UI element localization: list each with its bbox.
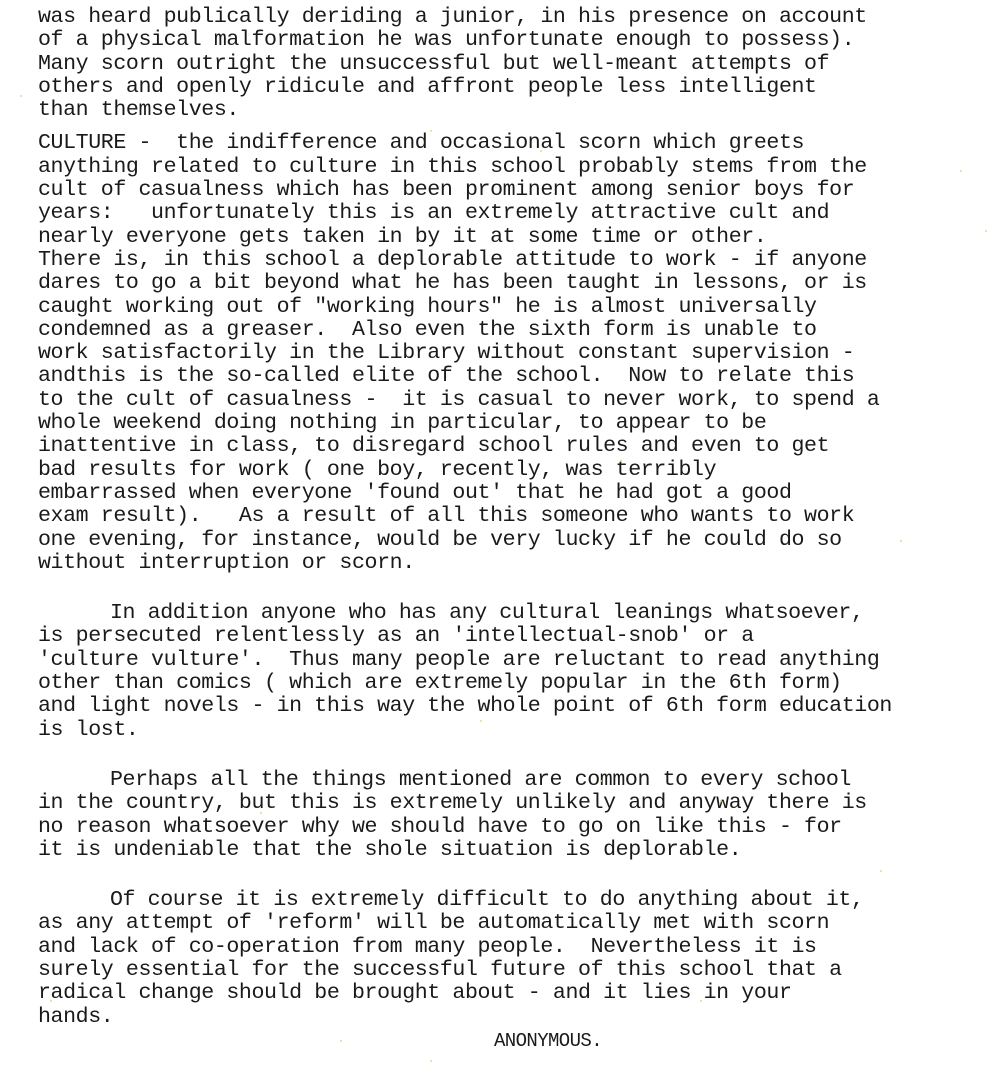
text-line: of a physical malformation he was unfort…	[38, 29, 998, 52]
text-line: is lost.	[38, 719, 998, 742]
text-line: work satisfactorily in the Library witho…	[38, 342, 998, 365]
text-line: years: unfortunately this is an extremel…	[38, 202, 998, 225]
text-line: exam result). As a result of all this so…	[38, 505, 998, 528]
text-line: bad results for work ( one boy, recently…	[38, 459, 998, 482]
text-line: 'culture vulture'. Thus many people are …	[38, 649, 998, 672]
text-line: Of course it is extremely difficult to d…	[38, 889, 998, 912]
text-line: was heard publically deriding a junior, …	[38, 6, 998, 29]
text-line: CULTURE - the indifference and occasiona…	[38, 132, 998, 155]
text-line: dares to go a bit beyond what he has bee…	[38, 272, 998, 295]
text-line: radical change should be brought about -…	[38, 982, 998, 1005]
text-line: it is undeniable that the shole situatio…	[38, 839, 998, 862]
text-line: other than comics ( which are extremely …	[38, 672, 998, 695]
text-line: surely essential for the successful futu…	[38, 959, 998, 982]
paragraph-culture: CULTURE - the indifference and occasiona…	[38, 132, 998, 575]
signature: ANONYMOUS.	[494, 1030, 602, 1052]
text-line: In addition anyone who has any cultural …	[38, 602, 998, 625]
text-line: than themselves.	[38, 99, 998, 122]
text-line: nearly everyone gets taken in by it at s…	[38, 226, 998, 249]
text-line: anything related to culture in this scho…	[38, 156, 998, 179]
text-line: inattentive in class, to disregard schoo…	[38, 435, 998, 458]
text-line: one evening, for instance, would be very…	[38, 529, 998, 552]
paragraph-addition: In addition anyone who has any cultural …	[38, 602, 998, 742]
text-line: Perhaps all the things mentioned are com…	[38, 769, 998, 792]
text-line: as any attempt of 'reform' will be autom…	[38, 912, 998, 935]
text-line: others and openly ridicule and affront p…	[38, 76, 998, 99]
text-line: andthis is the so-called elite of the sc…	[38, 365, 998, 388]
text-line: and lack of co-operation from many peopl…	[38, 936, 998, 959]
text-line: whole weekend doing nothing in particula…	[38, 412, 998, 435]
text-line: to the cult of casualness - it is casual…	[38, 389, 998, 412]
text-line: condemned as a greaser. Also even the si…	[38, 319, 998, 342]
text-line: without interruption or scorn.	[38, 552, 998, 575]
typewritten-page: was heard publically deriding a junior, …	[38, 6, 998, 1029]
text-line: caught working out of "working hours" he…	[38, 296, 998, 319]
text-line: no reason whatsoever why we should have …	[38, 816, 998, 839]
text-line: cult of casualness which has been promin…	[38, 179, 998, 202]
text-line: embarrassed when everyone 'found out' th…	[38, 482, 998, 505]
paragraph-intro-continuation: was heard publically deriding a junior, …	[38, 6, 998, 122]
paragraph-of-course: Of course it is extremely difficult to d…	[38, 889, 998, 1029]
text-line: hands.	[38, 1006, 998, 1029]
text-line: Many scorn outright the unsuccessful but…	[38, 53, 998, 76]
text-line: is persecuted relentlessly as an 'intell…	[38, 625, 998, 648]
text-line: in the country, but this is extremely un…	[38, 792, 998, 815]
text-line: There is, in this school a deplorable at…	[38, 249, 998, 272]
paragraph-perhaps: Perhaps all the things mentioned are com…	[38, 769, 998, 862]
text-line: and light novels - in this way the whole…	[38, 695, 998, 718]
